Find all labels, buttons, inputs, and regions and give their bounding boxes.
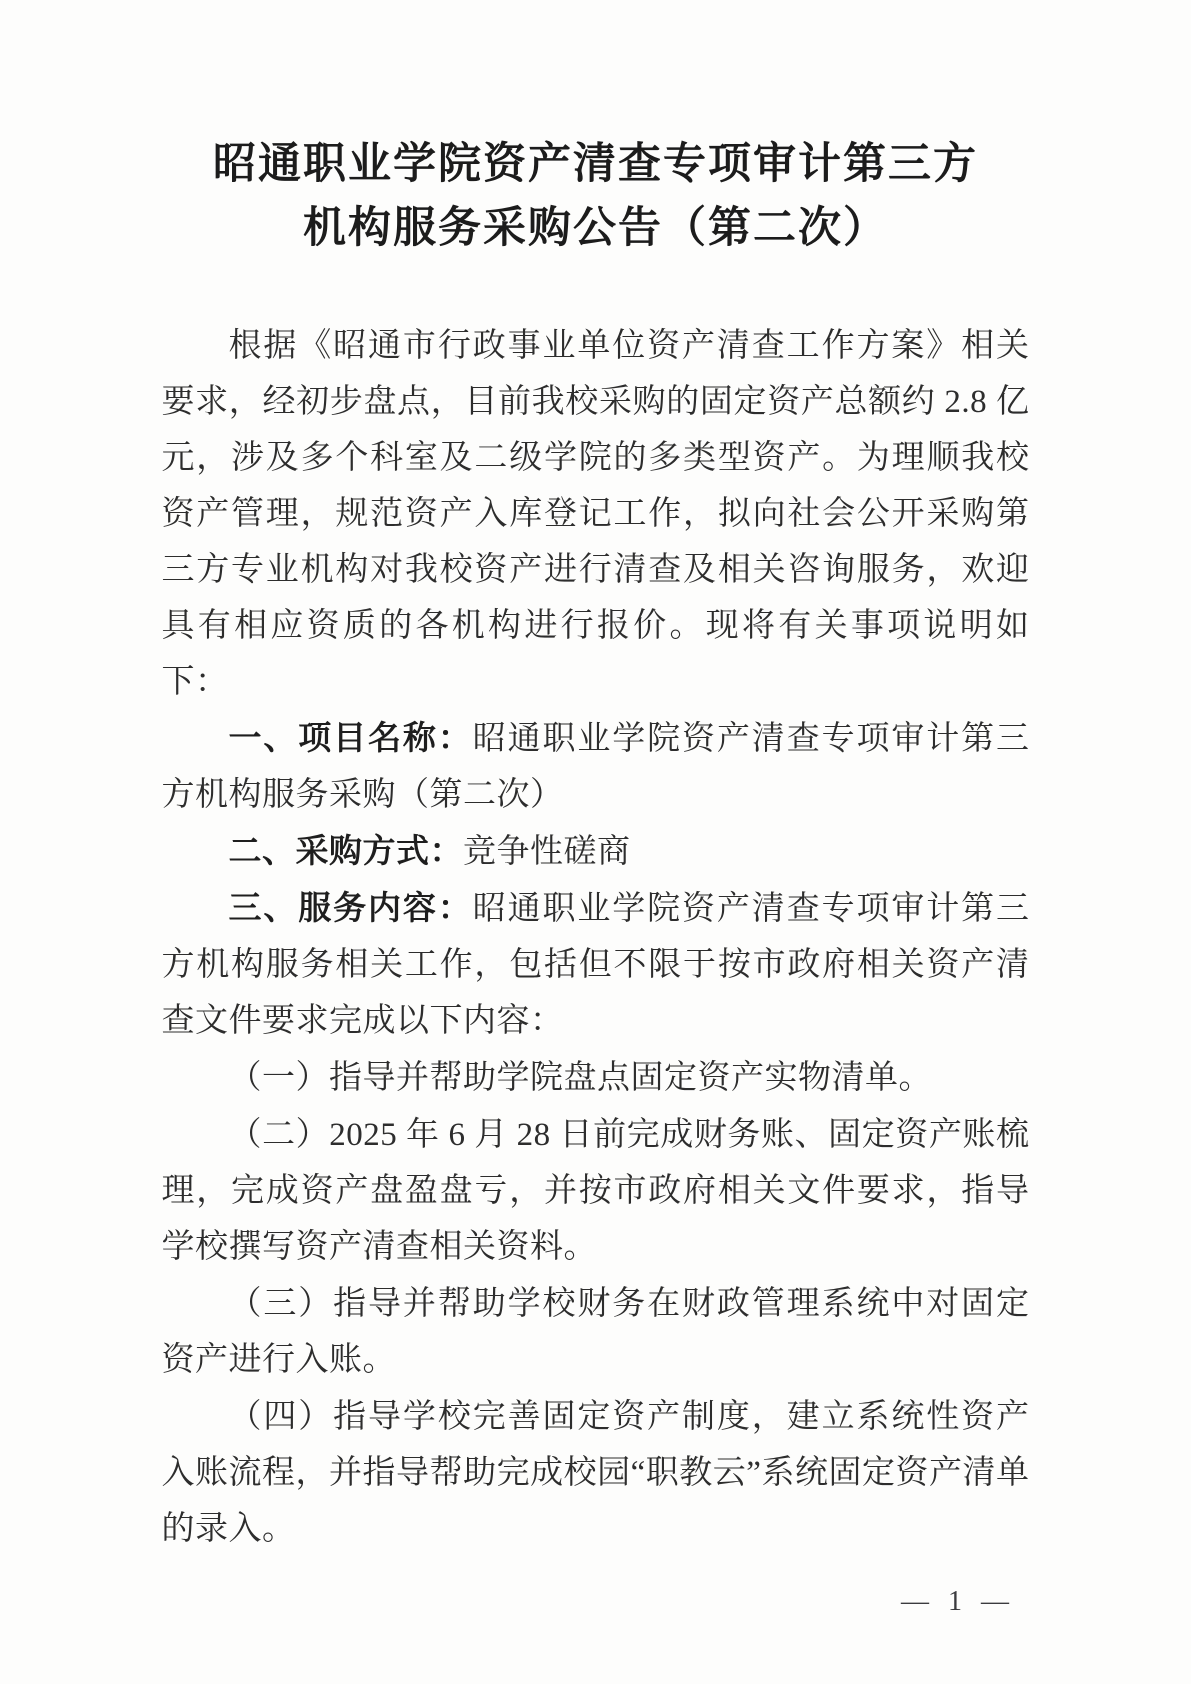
- paragraph-procurement-method-text: 竞争性磋商: [463, 834, 631, 870]
- paragraph-item-2: （二）2025 年 6 月 28 日前完成财务账、固定资产账梳理，完成资产盘盈盘…: [162, 1106, 1030, 1275]
- document-body: 根据《昭通市行政事业单位资产清查工作方案》相关要求，经初步盘点，目前我校采购的固…: [162, 317, 1030, 1557]
- paragraph-intro-text: 根据《昭通市行政事业单位资产清查工作方案》相关要求，经初步盘点，目前我校采购的固…: [162, 328, 1030, 700]
- paragraph-item-3-text: （三）指导并帮助学校财务在财政管理系统中对固定资产进行入账。: [162, 1286, 1030, 1378]
- paragraph-service-content-label: 三、服务内容：: [229, 889, 473, 926]
- paragraph-item-4-text: （四）指导学校完善固定资产制度，建立系统性资产入账流程，并指导帮助完成校园“职教…: [162, 1399, 1030, 1547]
- paragraph-item-2-text: （二）2025 年 6 月 28 日前完成财务账、固定资产账梳理，完成资产盘盈盘…: [162, 1117, 1030, 1265]
- paragraph-item-4: （四）指导学校完善固定资产制度，建立系统性资产入账流程，并指导帮助完成校园“职教…: [162, 1388, 1030, 1557]
- paragraph-item-1: （一）指导并帮助学院盘点固定资产实物清单。: [162, 1049, 1030, 1106]
- paragraph-service-content: 三、服务内容：昭通职业学院资产清查专项审计第三方机构服务相关工作，包括但不限于按…: [162, 880, 1030, 1049]
- paragraph-item-3: （三）指导并帮助学校财务在财政管理系统中对固定资产进行入账。: [162, 1275, 1030, 1388]
- paragraph-intro: 根据《昭通市行政事业单位资产清查工作方案》相关要求，经初步盘点，目前我校采购的固…: [162, 317, 1030, 710]
- paragraph-procurement-method-label: 二、采购方式：: [229, 832, 464, 869]
- page-number: — 1 —: [901, 1586, 1015, 1617]
- paragraph-project-name-label: 一、项目名称：: [229, 719, 473, 756]
- document-page: 昭通职业学院资产清查专项审计第三方 机构服务采购公告（第二次） 根据《昭通市行政…: [0, 0, 1191, 1684]
- paragraph-procurement-method: 二、采购方式：竞争性磋商: [162, 823, 1030, 880]
- document-title-line1: 昭通职业学院资产清查专项审计第三方: [130, 133, 1061, 197]
- document-title: 昭通职业学院资产清查专项审计第三方 机构服务采购公告（第二次）: [0, 0, 1191, 261]
- document-title-line2: 机构服务采购公告（第二次）: [130, 197, 1061, 261]
- page-footer: — 1 —: [901, 1586, 1015, 1618]
- paragraph-item-1-text: （一）指导并帮助学院盘点固定资产实物清单。: [229, 1060, 933, 1096]
- paragraph-project-name: 一、项目名称：昭通职业学院资产清查专项审计第三方机构服务采购（第二次）: [162, 710, 1030, 823]
